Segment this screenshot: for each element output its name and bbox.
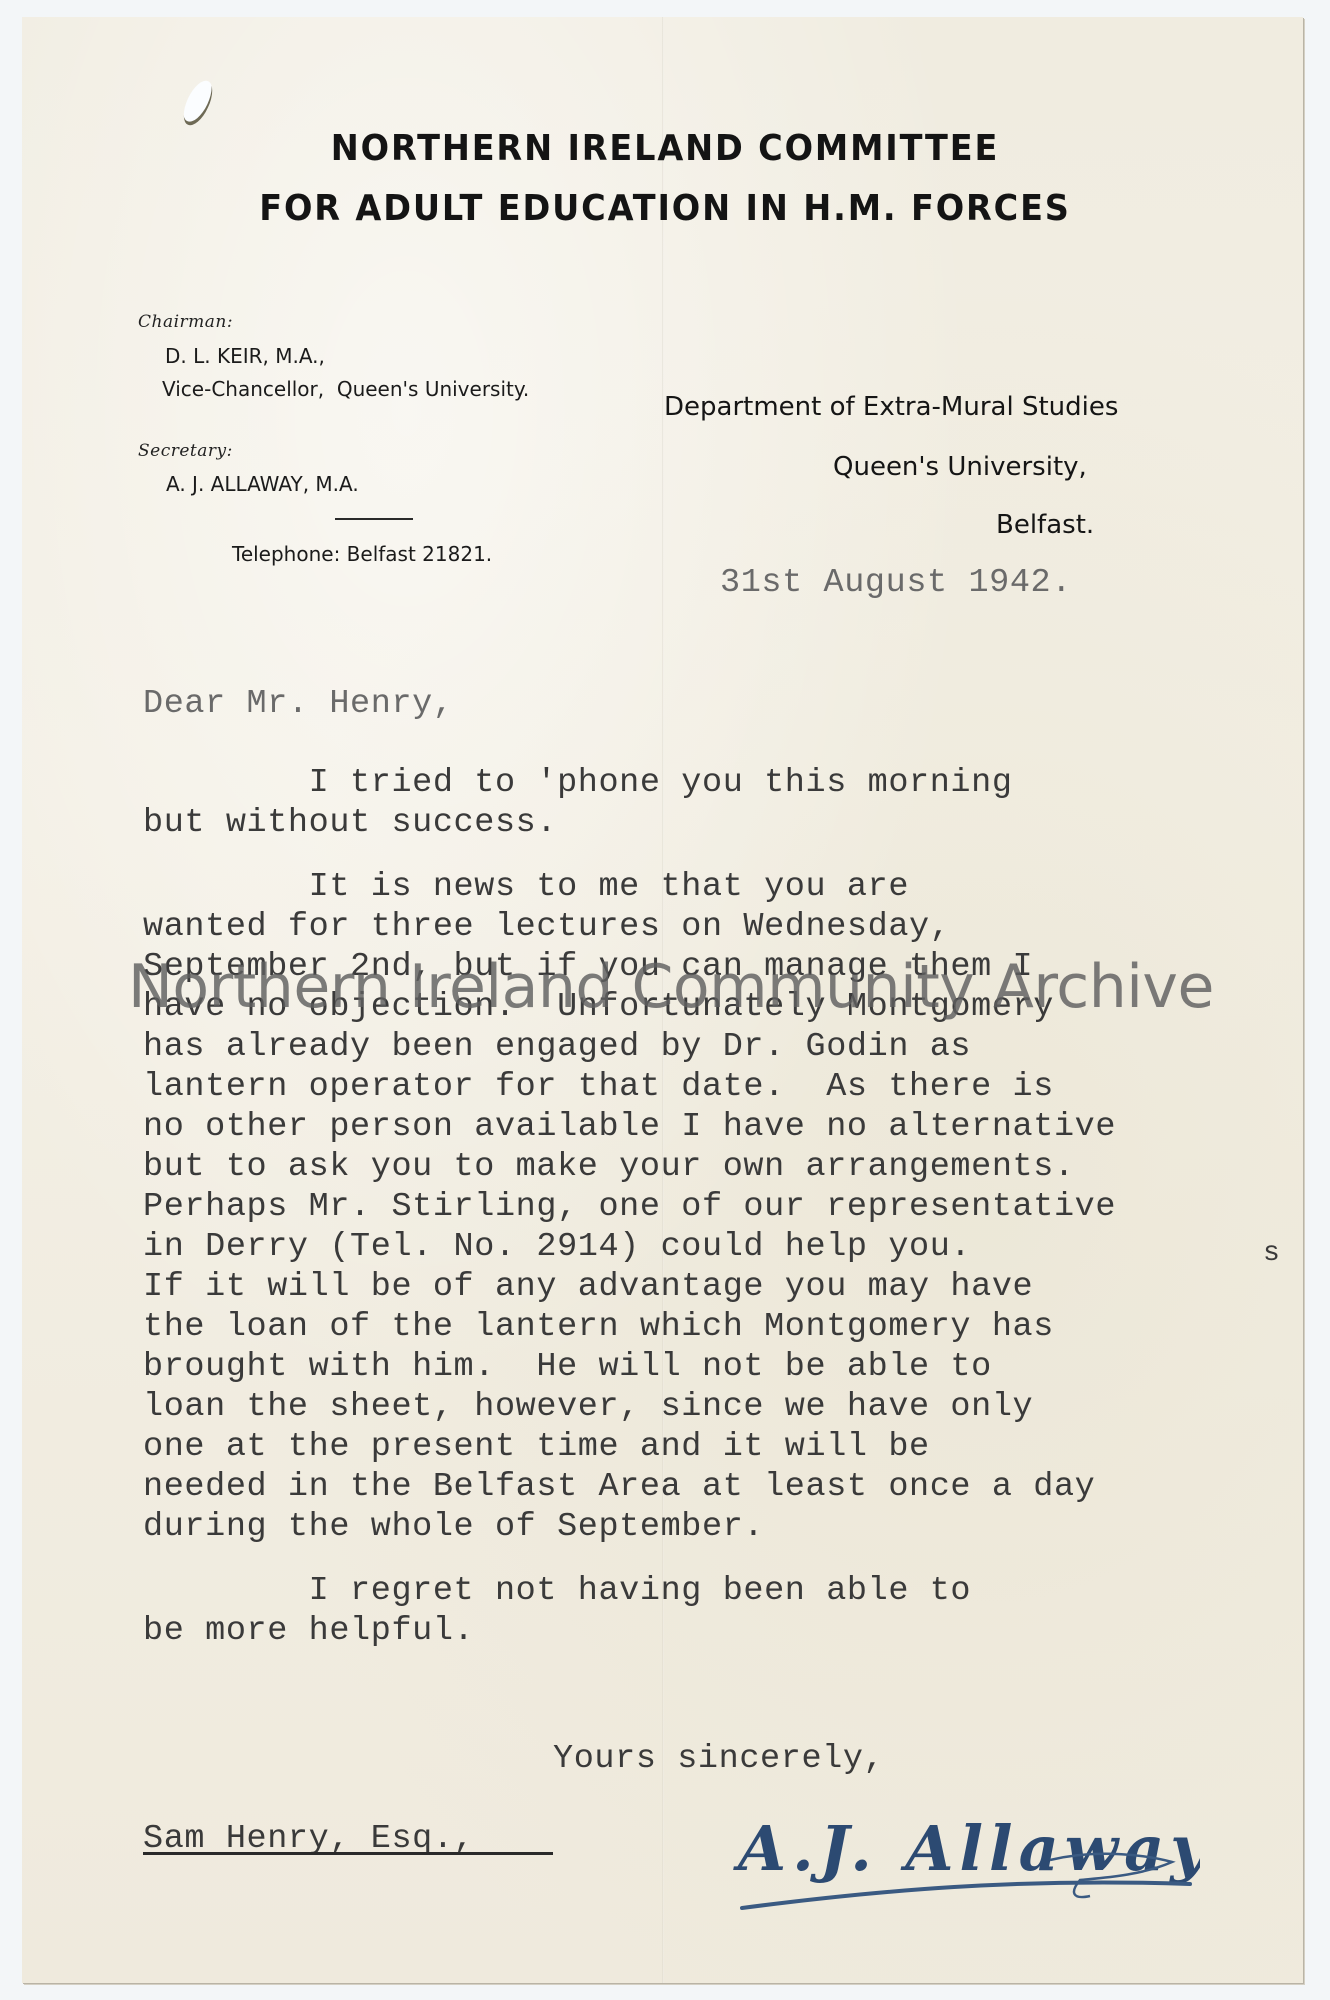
body-line: needed in the Belfast Area at least once…: [143, 1468, 1095, 1506]
letterhead-divider: [335, 518, 413, 520]
letter-date: 31st August 1942.: [720, 564, 1072, 602]
body-line: I regret not having been able to: [143, 1572, 971, 1610]
letterhead-title-line1: NORTHERN IRELAND COMMITTEE: [47, 128, 1284, 169]
university: Queen's University,: [833, 452, 1087, 482]
body-line: the loan of the lantern which Montgomery…: [143, 1308, 1054, 1346]
body-line: has already been engaged by Dr. Godin as: [143, 1028, 971, 1066]
signature: A.J. Allaway: [720, 1800, 1200, 1920]
letterhead-title-line2: FOR ADULT EDUCATION IN H.M. FORCES: [47, 188, 1284, 229]
body-line: Perhaps Mr. Stirling, one of our represe…: [143, 1188, 1116, 1226]
department: Department of Extra-Mural Studies: [664, 392, 1118, 422]
secretary-label: Secretary:: [138, 441, 233, 461]
secretary-name: A. J. ALLAWAY, M.A.: [166, 472, 359, 496]
body-line: no other person available I have no alte…: [143, 1108, 1116, 1146]
chairman-role: Vice-Chancellor, Queen's University.: [162, 377, 529, 401]
body-line: loan the sheet, however, since we have o…: [143, 1388, 1033, 1426]
telephone: Telephone: Belfast 21821.: [232, 542, 492, 566]
recipient-underline: [143, 1852, 553, 1855]
body-line: during the whole of September.: [143, 1508, 764, 1546]
chairman-label: Chairman:: [138, 312, 233, 332]
body-line: If it will be of any advantage you may h…: [143, 1268, 1033, 1306]
body-line: It is news to me that you are: [143, 868, 909, 906]
body-line: lantern operator for that date. As there…: [143, 1068, 1054, 1106]
body-line: in Derry (Tel. No. 2914) could help you.: [143, 1228, 971, 1266]
overtyped-letter: s: [1263, 1238, 1280, 1269]
punch-hole: [178, 77, 218, 130]
salutation: Dear Mr. Henry,: [143, 685, 454, 723]
body-line: wanted for three lectures on Wednesday,: [143, 908, 950, 946]
body-line: but to ask you to make your own arrangem…: [143, 1148, 1075, 1186]
closing: Yours sincerely,: [553, 1740, 884, 1778]
chairman-name: D. L. KEIR, M.A.,: [165, 344, 325, 368]
watermark: Northern Ireland Community Archive: [128, 952, 1214, 1022]
body-line: but without success.: [143, 804, 557, 842]
body-line: one at the present time and it will be: [143, 1428, 930, 1466]
city: Belfast.: [996, 510, 1094, 540]
body-line: brought with him. He will not be able to: [143, 1348, 992, 1386]
body-line: be more helpful.: [143, 1612, 474, 1650]
body-line: I tried to 'phone you this morning: [143, 764, 1013, 802]
